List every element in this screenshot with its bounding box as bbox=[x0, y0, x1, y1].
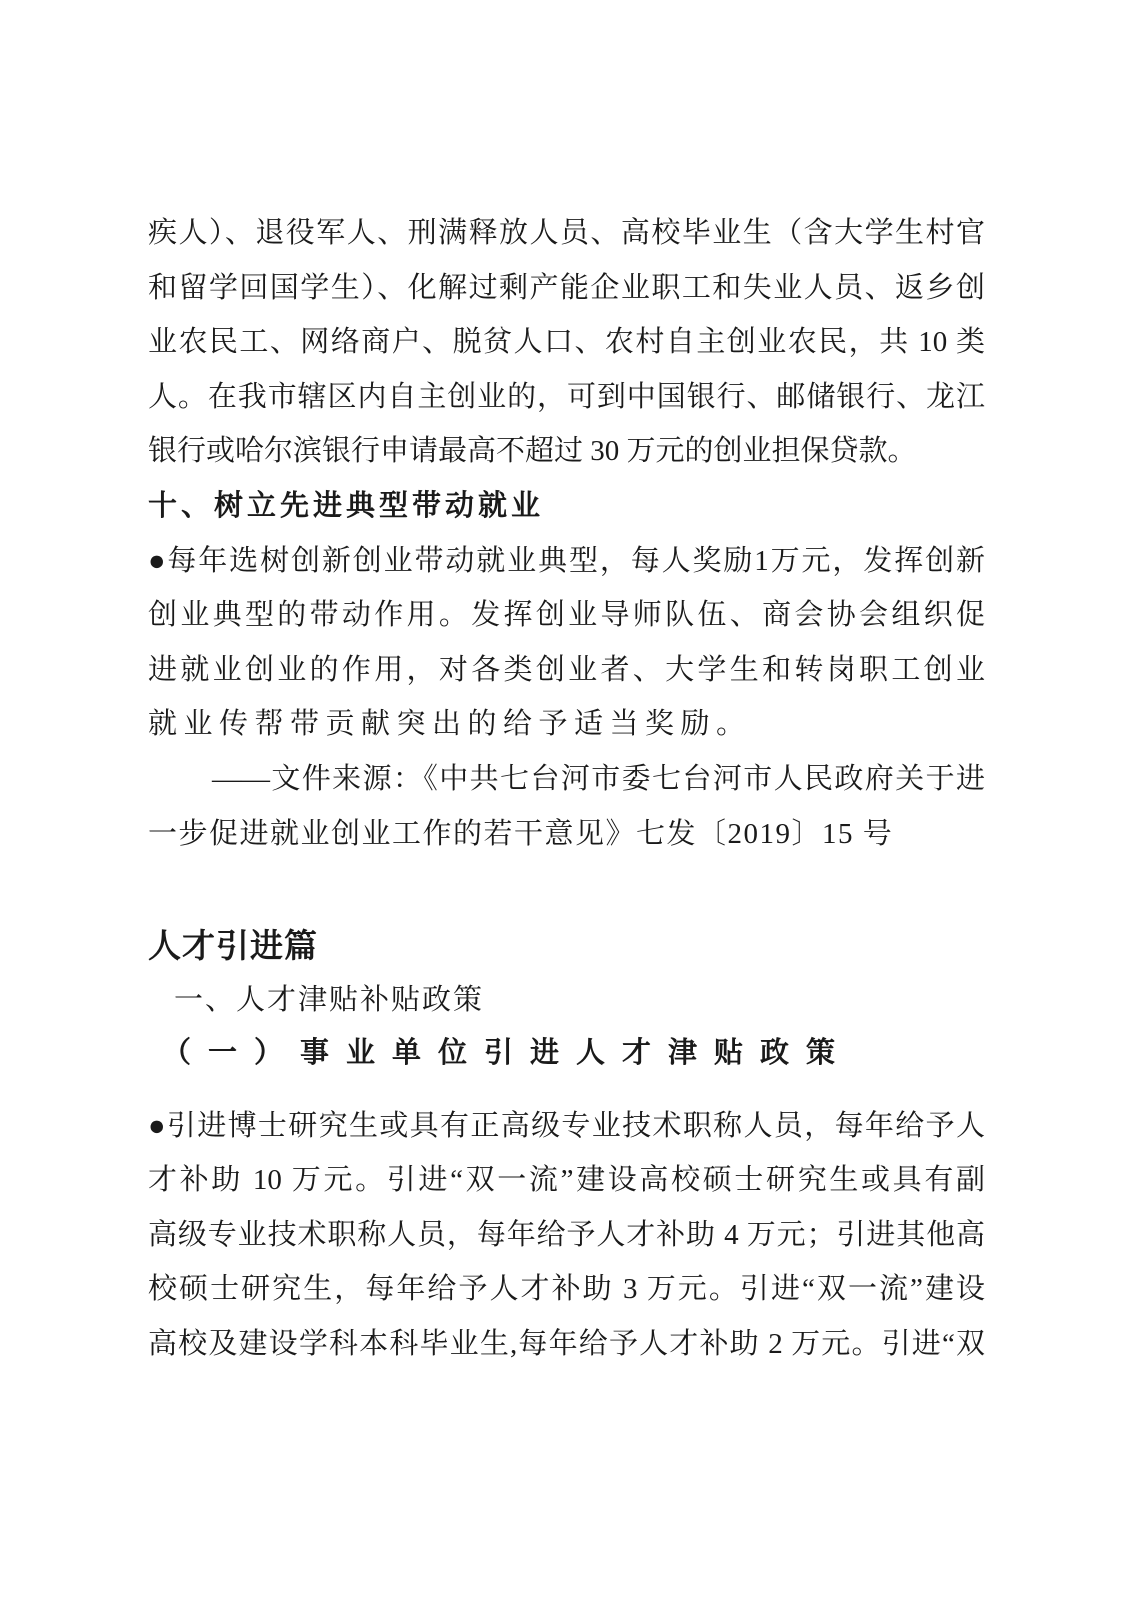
subsection-heading-bold: （一）事业单位引进人才津贴政策 bbox=[148, 1026, 985, 1081]
paragraph-line: 疾人）、退役军人、刑满释放人员、高校毕业生（含大学生村官 bbox=[148, 206, 985, 261]
subsection-heading: 一、人才津贴补贴政策 bbox=[148, 973, 985, 1028]
bullet-paragraph-line: ●每年选树创新创业带动就业典型，每人奖励1万元，发挥创新 bbox=[148, 534, 985, 589]
section-heading: 十、树立先进典型带动就业 bbox=[148, 479, 985, 534]
bullet-paragraph-line: ●引进博士研究生或具有正高级专业技术职称人员，每年给予人 bbox=[148, 1099, 985, 1154]
document-page: 疾人）、退役军人、刑满释放人员、高校毕业生（含大学生村官 和留学回国学生）、化解… bbox=[0, 0, 1131, 1600]
source-reference-line: 一步促进就业创业工作的若干意见》七发〔2019〕15 号 bbox=[148, 807, 985, 862]
paragraph-line: 创业典型的带动作用。发挥创业导师队伍、商会协会组织促 bbox=[148, 588, 985, 643]
paragraph-line: 高校及建设学科本科毕业生,每年给予人才补助 2 万元。引进“双 bbox=[148, 1317, 985, 1372]
chapter-heading: 人才引进篇 bbox=[148, 918, 985, 973]
source-reference-line: ——文件来源：《中共七台河市委七台河市人民政府关于进 bbox=[148, 752, 985, 807]
paragraph-line: 业农民工、网络商户、脱贫人口、农村自主创业农民，共 10 类 bbox=[148, 315, 985, 370]
paragraph-line: 校硕士研究生，每年给予人才补助 3 万元。引进“双一流”建设 bbox=[148, 1262, 985, 1317]
paragraph-line: 银行或哈尔滨银行申请最高不超过 30 万元的创业担保贷款。 bbox=[148, 424, 985, 479]
paragraph-line: 才补助 10 万元。引进“双一流”建设高校硕士研究生或具有副 bbox=[148, 1153, 985, 1208]
paragraph-line: 就业传帮带贡献突出的给予适当奖励。 bbox=[148, 697, 985, 752]
paragraph-line: 进就业创业的作用，对各类创业者、大学生和转岗职工创业 bbox=[148, 643, 985, 698]
paragraph-line: 人。在我市辖区内自主创业的，可到中国银行、邮储银行、龙江 bbox=[148, 370, 985, 425]
paragraph-line: 和留学回国学生）、化解过剩产能企业职工和失业人员、返乡创 bbox=[148, 261, 985, 316]
paragraph-line: 高级专业技术职称人员，每年给予人才补助 4 万元；引进其他高 bbox=[148, 1208, 985, 1263]
